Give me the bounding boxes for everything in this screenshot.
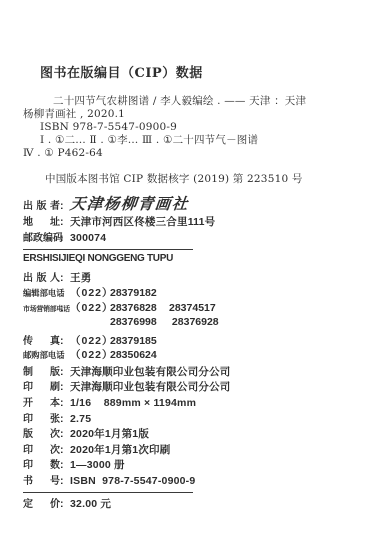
label-colon: : xyxy=(60,397,70,409)
label-colon: : xyxy=(60,232,70,244)
row-publisher-person: 出版人: 王勇 xyxy=(23,269,363,285)
label-colon: : xyxy=(60,335,70,347)
label-colon: : xyxy=(60,498,70,510)
row-plate-making: 制版: 天津海顺印业包装有限公司分公司 xyxy=(23,363,363,379)
phone-number: 28379182 xyxy=(110,287,156,299)
label-colon: : xyxy=(60,475,70,487)
label-colon: : xyxy=(60,287,70,299)
row-sheets: 印张: 2.75 xyxy=(23,410,363,426)
row-mailorder-phone: 邮购部电话: （022） 28350624 xyxy=(23,347,363,363)
phone-number: 28350624 xyxy=(110,349,156,361)
field-label: 开本 xyxy=(23,394,60,409)
field-label: 制版 xyxy=(23,363,60,378)
label-colon: : xyxy=(60,272,70,284)
plate-maker: 天津海顺印业包装有限公司分公司 xyxy=(70,364,231,379)
sheets-value: 2.75 xyxy=(70,413,91,425)
label-colon: : xyxy=(60,459,70,471)
cip-classification-line-2: Ⅳ . ① P462-64 xyxy=(23,147,363,160)
label-colon: : xyxy=(60,366,70,378)
phone-number: 28376998 xyxy=(110,316,156,328)
field-label: 出版者 xyxy=(23,197,60,212)
publisher-name-calligraphy: 天津杨柳青画社 xyxy=(69,192,190,214)
field-label: 印次 xyxy=(23,441,60,456)
cip-entry: 二十四节气农耕图谱 / 李人毅编绘 . —— 天津 ：天津 杨柳青画社 , 20… xyxy=(23,95,363,160)
impression-value: 2020年1月第1次印刷 xyxy=(70,442,170,457)
cip-record-number: 中国版本图书馆 CIP 数据核字 (2019) 第 223510 号 xyxy=(45,171,363,186)
field-label: 编辑部电话 xyxy=(23,287,60,299)
label-colon: : xyxy=(60,349,70,361)
format-value: 1/16 889mm × 1194mm xyxy=(70,397,196,409)
area-code: （022） xyxy=(70,300,110,315)
book-copyright-page: 图书在版编目（CIP）数据 二十四节气农耕图谱 / 李人毅编绘 . —— 天津 … xyxy=(0,0,375,547)
label-colon: : xyxy=(60,216,70,228)
field-label: 出版人 xyxy=(23,269,60,284)
field-label: 邮政编码 xyxy=(23,229,60,244)
label-colon: : xyxy=(60,428,70,440)
publisher-person: 王勇 xyxy=(70,270,91,285)
cip-entry-line-1: 二十四节气农耕图谱 / 李人毅编绘 . —— 天津 ：天津 xyxy=(53,95,363,108)
phone-number-continuation: 28376998 28376928 xyxy=(110,316,231,328)
row-print-run: 印数: 1—3000 册 xyxy=(23,456,363,472)
label-colon: : xyxy=(60,302,70,314)
cip-section: 图书在版编目（CIP）数据 二十四节气农耕图谱 / 李人毅编绘 . —— 天津 … xyxy=(23,62,363,186)
field-label: 市场营销部电话 xyxy=(23,303,60,313)
phone-number: 28376828 xyxy=(110,302,156,314)
field-label: 印刷 xyxy=(23,378,60,393)
row-fax: 传真: （022） 28379185 xyxy=(23,332,363,348)
colophon-section: 出版者: 天津杨柳青画社 地址: 天津市河西区佟楼三合里111号 邮政编码: 3… xyxy=(23,192,363,510)
field-label: 版次 xyxy=(23,425,60,440)
row-impression: 印次: 2020年1月第1次印刷 xyxy=(23,441,363,457)
field-label: 印张 xyxy=(23,410,60,425)
label-colon: : xyxy=(60,381,70,393)
field-label: 印数 xyxy=(23,456,60,471)
divider-rule-top xyxy=(23,249,193,250)
publisher-address: 天津市河西区佟楼三合里111号 xyxy=(70,214,215,229)
row-address: 地址: 天津市河西区佟楼三合里111号 xyxy=(23,213,363,229)
postcode-value: 300074 xyxy=(70,232,106,244)
phone-number: 28374517 xyxy=(169,302,215,314)
row-price: 定价: 32.00 元 xyxy=(23,495,363,511)
row-book-number: 书号: ISBN 978-7-5547-0900-9 xyxy=(23,472,363,488)
row-editorial-phone: 编辑部电话: （022） 28379182 xyxy=(23,285,363,301)
field-label: 传真 xyxy=(23,332,60,347)
field-label: 定价 xyxy=(23,495,60,510)
area-code: （022） xyxy=(70,333,110,348)
cip-isbn-line: ISBN 978-7-5547-0900-9 xyxy=(40,121,363,134)
field-label: 邮购部电话 xyxy=(23,349,60,361)
cip-entry-line-2: 杨柳青画社 , 2020.1 xyxy=(23,108,363,121)
row-printer: 印刷: 天津海顺印业包装有限公司分公司 xyxy=(23,378,363,394)
edition-value: 2020年1月第1版 xyxy=(70,426,149,441)
label-colon: : xyxy=(60,444,70,456)
field-label: 书号 xyxy=(23,472,60,487)
row-edition: 版次: 2020年1月第1版 xyxy=(23,425,363,441)
label-colon: : xyxy=(60,413,70,425)
cip-heading: 图书在版编目（CIP）数据 xyxy=(40,62,363,81)
area-code: （022） xyxy=(70,347,110,362)
print-run-value: 1—3000 册 xyxy=(70,457,125,472)
area-code: （022） xyxy=(70,285,110,300)
cip-classification-line-1: Ⅰ . ①二… Ⅱ . ①李… Ⅲ . ①二十四节气－图谱 xyxy=(40,134,363,147)
row-marketing-phone: 市场营销部电话: （022） 28376828 28374517 xyxy=(23,300,363,316)
printer-name: 天津海顺印业包装有限公司分公司 xyxy=(70,379,231,394)
row-publisher: 出版者: 天津杨柳青画社 xyxy=(23,192,363,213)
pinyin-title: ERSHISIJIEQI NONGGENG TUPU xyxy=(23,253,363,268)
divider-rule-bottom xyxy=(23,492,193,493)
row-postcode: 邮政编码: 300074 xyxy=(23,229,363,245)
fax-number: 28379185 xyxy=(110,335,156,347)
row-format: 开本: 1/16 889mm × 1194mm xyxy=(23,394,363,410)
phone-number: 28376928 xyxy=(172,316,218,328)
row-marketing-phone-cont: 28376998 28376928 xyxy=(23,316,363,332)
price-value: 32.00 元 xyxy=(70,496,111,511)
isbn-value: ISBN 978-7-5547-0900-9 xyxy=(70,475,195,487)
field-label: 地址 xyxy=(23,213,60,228)
